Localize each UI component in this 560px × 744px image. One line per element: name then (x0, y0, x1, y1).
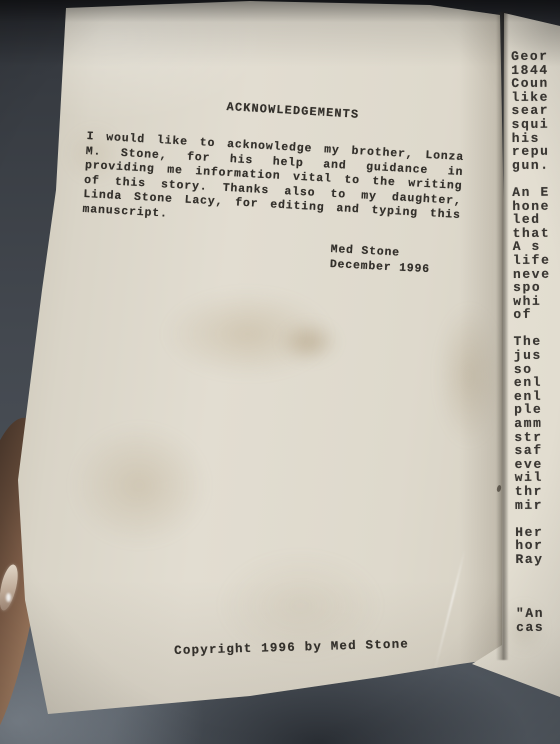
signature-block: Med Stone December 1996 (329, 243, 431, 277)
right-page-line-fragment: saf (514, 444, 560, 458)
left-page: ACKNOWLEDGEMENTS I would like to acknowl… (0, 0, 560, 744)
right-page-line-fragment: amm (514, 416, 560, 430)
right-page-line-fragment: of (513, 308, 560, 322)
right-page-line-fragment: An E (512, 185, 560, 199)
right-page-line-fragment: jus (514, 348, 560, 362)
right-page-line-fragment: spo (513, 281, 560, 295)
right-page-line-fragment (516, 566, 560, 580)
right-page-line-fragment: A s (513, 240, 560, 254)
right-page-line-fragment: enl (514, 376, 560, 390)
right-page-line-fragment: mir (515, 498, 560, 512)
right-page-line-fragment: repu (512, 145, 560, 159)
right-page-line-fragment: cas (516, 620, 560, 634)
right-page-line-fragment: life (513, 253, 560, 267)
right-page-line-fragment: thr (515, 484, 560, 498)
right-page-line-fragment: Coun (511, 77, 560, 91)
right-page-line-fragment (515, 512, 560, 526)
nail-highlight (6, 593, 11, 602)
book-gutter-shadow (496, 12, 508, 660)
book-photo: ACKNOWLEDGEMENTS I would like to acknowl… (0, 0, 560, 744)
right-page-line-fragment: led (512, 213, 560, 227)
right-page-line-fragment: Geor (511, 49, 560, 63)
right-page-line-fragment (516, 580, 560, 594)
right-page-line-fragment: Ray (515, 552, 560, 566)
right-page-line-fragment: gun. (512, 158, 560, 172)
right-page-text-column: Geor1844Counlikesearsquihisrepugun. An E… (511, 49, 560, 634)
right-page-line-fragment: squi (512, 117, 560, 131)
right-page-line-fragment: whi (513, 294, 560, 308)
